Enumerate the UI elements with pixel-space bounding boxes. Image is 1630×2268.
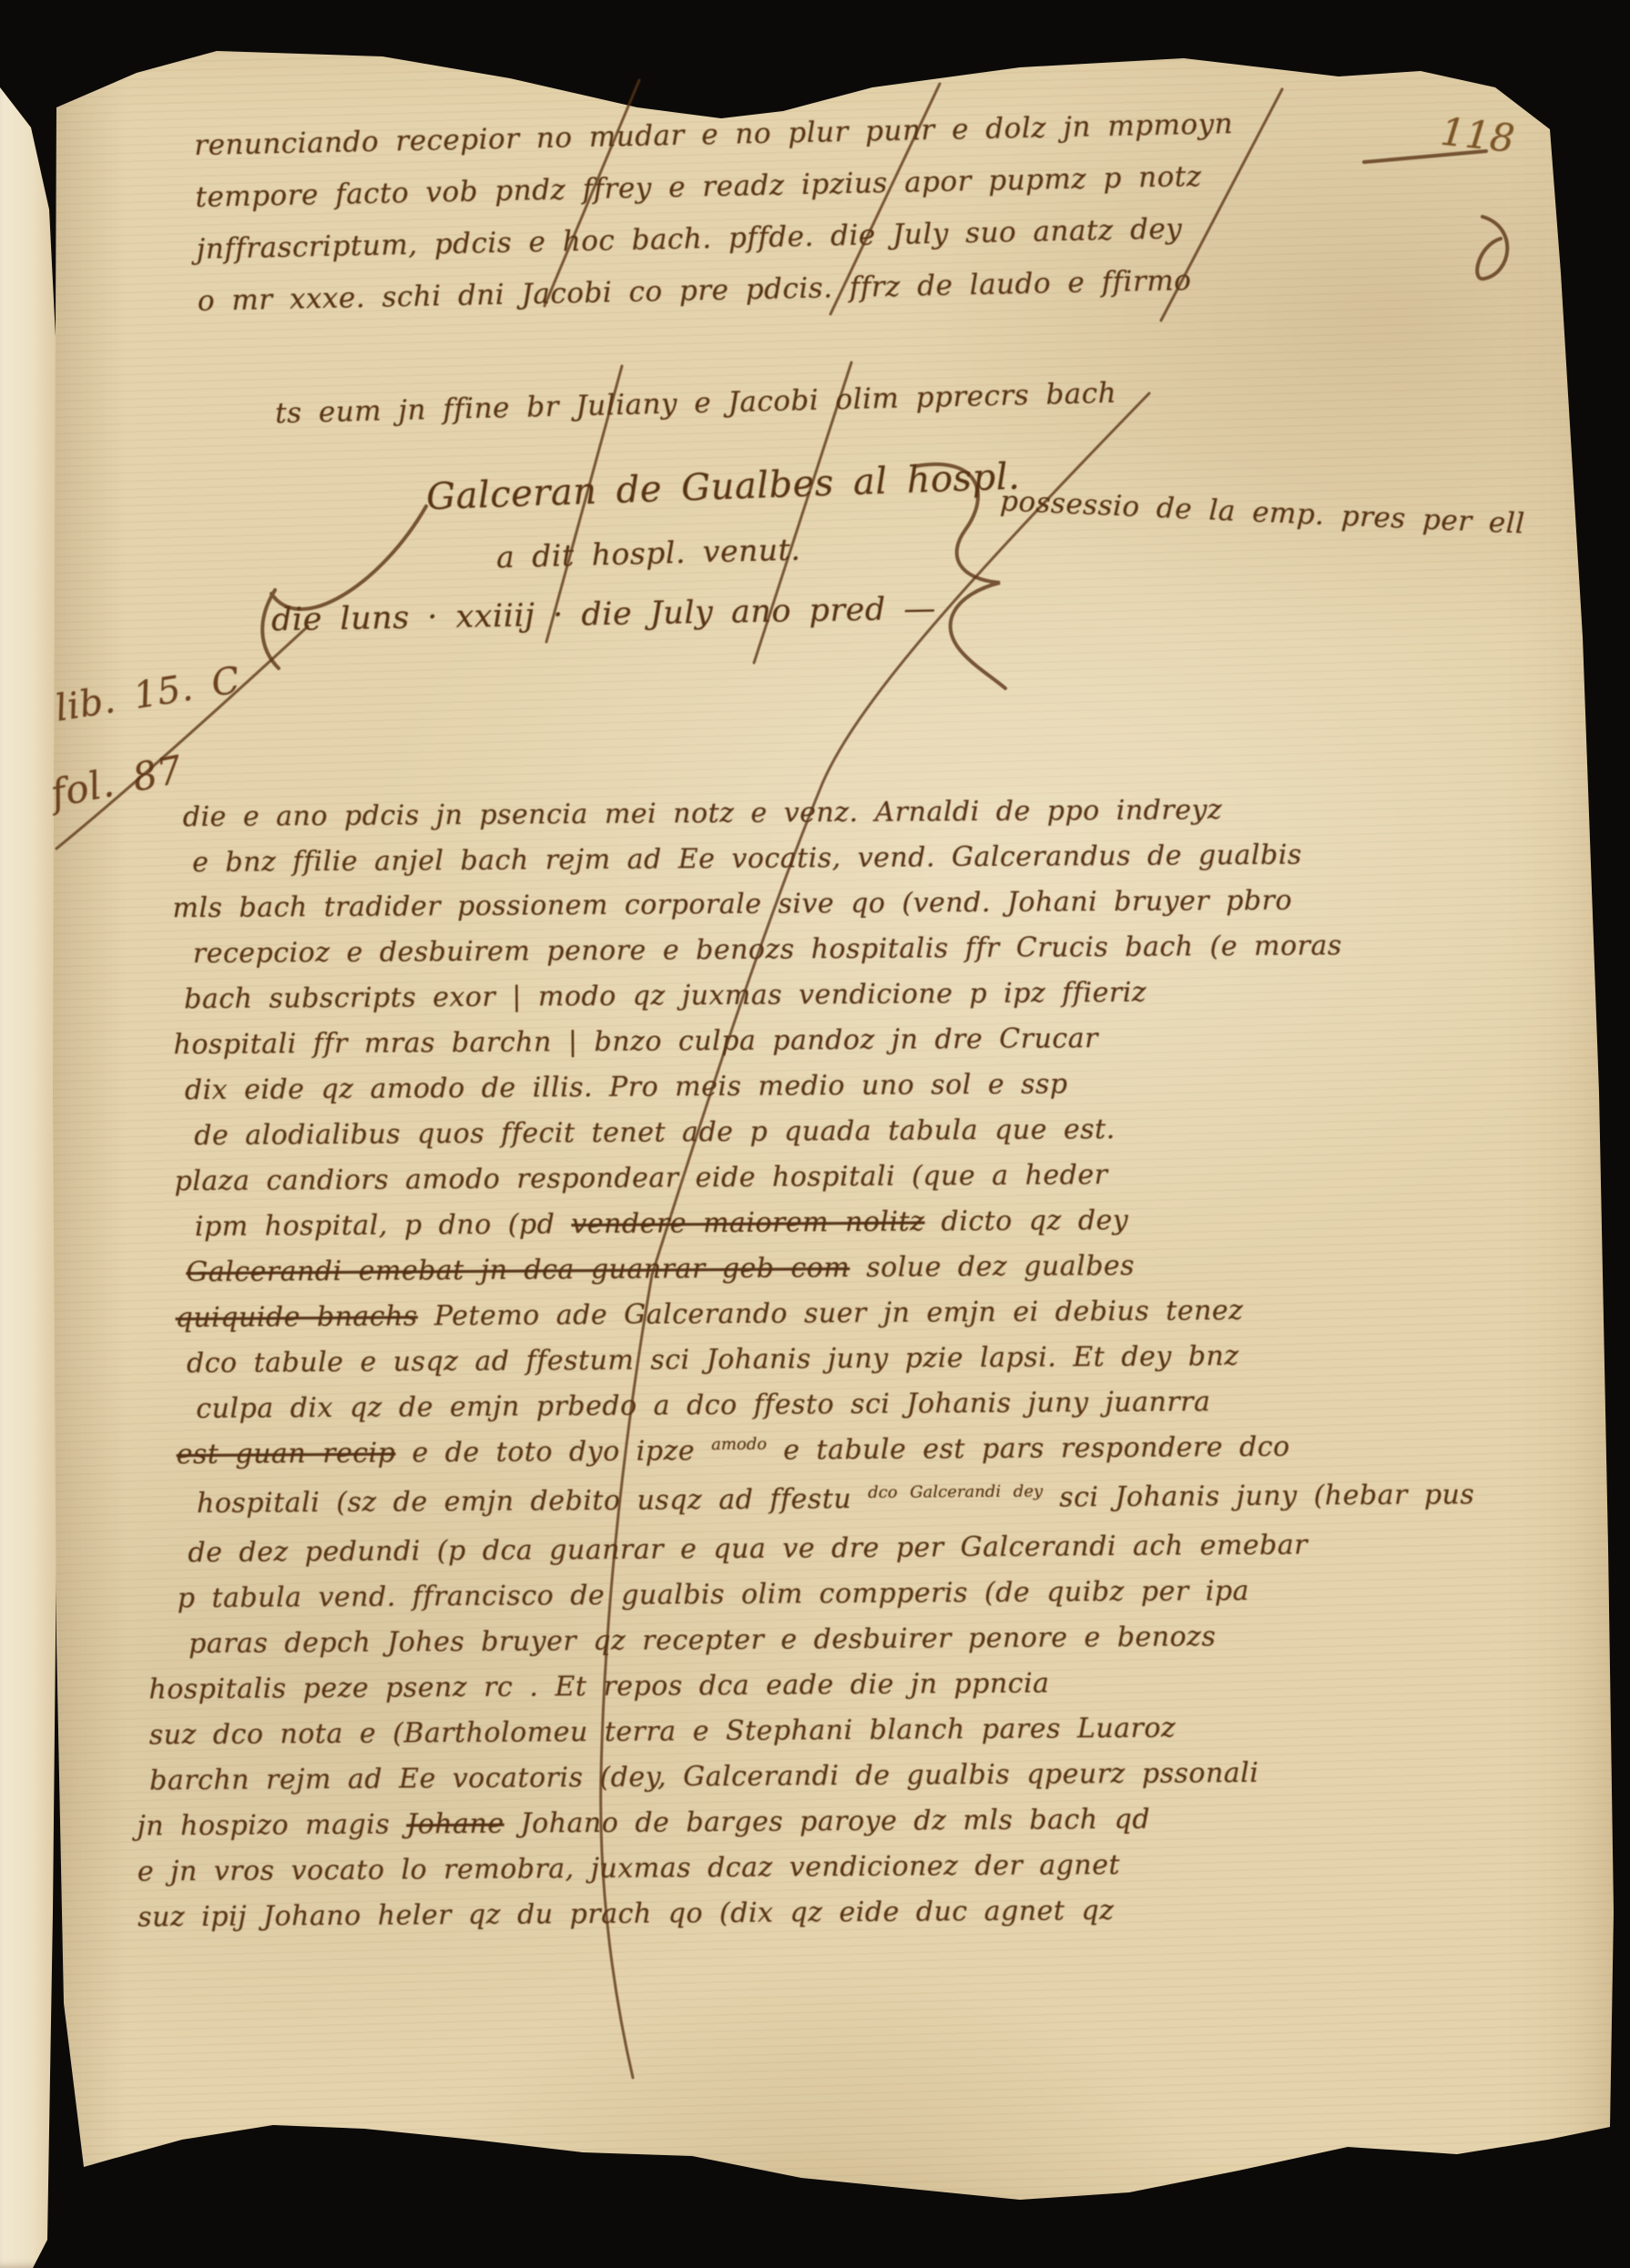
cancellation-strokes: [0, 0, 1630, 2268]
pen-dash: [1364, 151, 1486, 162]
cancel-stroke: [830, 84, 940, 314]
brace-flourish-left: [271, 506, 426, 609]
brace-flourish-right: [915, 464, 1005, 688]
pen-squiggle: [1477, 217, 1507, 279]
cancel-stroke-long: [601, 393, 1149, 2078]
cancel-stroke: [754, 362, 851, 663]
cancel-stroke: [1161, 89, 1282, 320]
cancel-stroke: [545, 80, 639, 306]
cancel-stroke: [546, 366, 622, 642]
